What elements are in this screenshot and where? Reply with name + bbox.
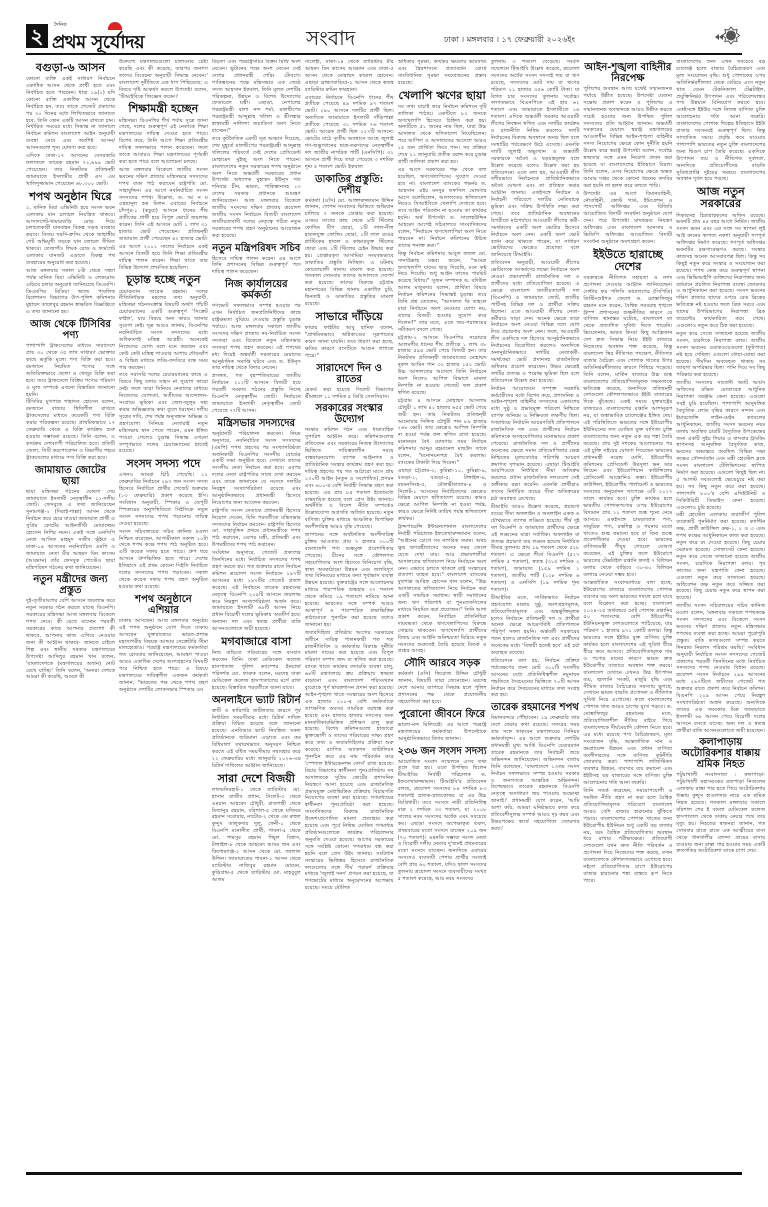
column-4: সালেহী, ঢাকা-১৪ থেকে ব্যারিস্টার মীর আহম… — [305, 59, 394, 1199]
article-text: পাশাপাশি ট্রাকসেলের মাধ্যমে সারাদেশে প্র… — [26, 343, 115, 398]
headline: তারেক রহমানের শপথ — [491, 702, 580, 713]
article-text: টিসিবির মুখপাত্র শাহাদত হোসেন বলেন, রমজা… — [26, 399, 115, 461]
article-text: জাতীয় সংসদ সচিবালয়ের সচিব কানিজ মওলা ব… — [676, 603, 765, 734]
headline: খেলাপি ঋণের ছায়া — [398, 90, 487, 102]
sun-ornament-icon — [714, 26, 740, 48]
column-2: উদ্দেশ্যে মন্ত্রণালয়গুলো চালানোর চেষ্টা… — [119, 59, 208, 1199]
article-text: আয়োজিত সংবাদ সম্মেলনে এসব তথ্য তুলে ধরা… — [398, 759, 487, 883]
article-text: প্রতিবেদন অনুযায়ী, আওয়ামী লীগের ভোটব্য… — [491, 260, 580, 384]
article-text: পুলিশের অবস্থান আজ যথেষ্ট সম্মানজনক পর্য… — [583, 86, 672, 190]
article-text: এছাড়া চট্টগ্রাম-৩, কুমিল্লা-১০, কুমিল্ল… — [398, 468, 487, 523]
article-text: হিসেবে দায়িত্ব পালন করেন। এর আগে তিনি প… — [212, 256, 301, 277]
article-text: তবে সরাসরি দলের চেয়ারম্যানের কাছে এ বিষ… — [119, 372, 208, 455]
article-text: নির্বাচন আয়োজনে সম্পৃক্ত সরকারি কর্মচার… — [491, 386, 580, 503]
article-text: টিআইবি আরও উল্লেখ করেছে, প্রচারণা ব্যয়ে… — [491, 504, 580, 594]
article-text: জাতীয় সংসদের সার্জেন্ট অ্যাট আর্মস অফিস… — [676, 380, 765, 511]
newspaper-page: ২ দৈনিক প্রথম সূর্যোদয় সংবাদ ঢাকা । মঙ্… — [26, 22, 742, 52]
headline: মন্ত্রিসভার সদস্যদের — [212, 418, 301, 429]
article-text: প্রসঙ্গত, গত বৃহস্পতিবারের জাতীয় নির্বা… — [212, 373, 301, 414]
article-text: ২, মানিক মিয়া এভিনিউ হয়ে সংসদ ভবন এলাক… — [26, 205, 115, 267]
article-text: চট্টগ্রাম ৪ আসনে মোহাম্মদ আসলাম চৌধুরী ১… — [398, 398, 487, 467]
article-text: শিকারসহ চিত্রগ্রাহকদের অফিস রয়েছে। ভবনট… — [676, 213, 765, 330]
article-text: নিজ বাড়িতে পরিবারের সঙ্গে বসবাস করতেন ত… — [212, 650, 301, 691]
headline: সারাদেশে দিন ও রাতের — [305, 363, 394, 385]
article-text: সংসদ সচিবালয়ের সচিব কানিজ মওলা নিশ্চিত … — [119, 529, 208, 591]
article-text: সব তথ্য যাচাই করে নির্বাচন কমিশনে দুটি ত… — [398, 104, 487, 166]
headline: ২৩৬ জন সংসদ সদস্য — [398, 746, 487, 757]
article-text: কর্মকর্তা (ওসি) ফিরোজ উদ্দিন চৌধুরী জানা… — [398, 671, 487, 706]
article-text: সংবিধান অনুসারে, গেজেট প্রকাশের তিনদিনের… — [212, 550, 301, 633]
headline: আজ নতুন সরকারের — [676, 186, 765, 210]
article-text: মন্ত্রিসভা। বিএনপির শীর্ষ পর্যায় সূত্রে… — [119, 118, 208, 166]
article-text: আজ মঙ্গলবার সকাল ৮টা থেকে সন্ধ্যা পর্যন্… — [26, 268, 115, 316]
column-5: অধিকার সুরক্ষা, কার্যকর ক্ষমতার ভারসাম্য… — [398, 59, 487, 1199]
article-text: জাপানের সঙ্গে অর্থনৈতিক অংশীদারিত্ব চুক্… — [305, 532, 394, 629]
dateline: ঢাকা । মঙ্গলবার । ১৭ ফেব্রুয়ারী ২০২৬ইং — [444, 34, 575, 47]
article-text: কোনো ব্যক্তি একই সাধারণ নির্বাচনে একাধিক… — [26, 76, 115, 152]
article-text: নতুন করে সেজে সাজানো হয়েছে জাতীয় সংসদ,… — [676, 331, 765, 379]
headline: শপথ অনুষ্ঠানে এশিয়ার — [119, 594, 208, 616]
article-text: ভালো-মন্দ মিলিয়েই। এর আগে পররাষ্ট্র মন্… — [398, 722, 487, 743]
headline: সারা দেশে বিজয়ী — [212, 773, 301, 785]
article-text: আজ মঙ্গলবার বিকেলে জাতীয় সংসদ ভবনের দক্… — [119, 167, 208, 243]
article-text: এখনও আমরা চিঠি পেয়েছি। ১২ ফেব্রুয়ারির … — [119, 472, 208, 527]
headline: ডাকাতির প্রস্তুতি: দেশীয় — [305, 174, 394, 196]
article-text: তবে কূটনৈতিক একটি সূত্র আভাস দিয়েছে, শে… — [212, 136, 301, 240]
column-8: বাংলাদেশের জন্য এখন সবচেয়ে বড় চ্যালেঞ্… — [676, 59, 765, 1199]
headline: সরকারের সংস্কার উদ্যোগ — [305, 403, 394, 425]
article-text: আন্তর্জাতিক সংবাদমাধ্যমে বলা হচ্ছে, ইউরো… — [583, 580, 672, 787]
masthead: ২ দৈনিক প্রথম সূর্যোদয় সংবাদ ঢাকা । মঙ্… — [26, 22, 742, 52]
article-text: জবাবদিহিতা প্রতিষ্ঠায় আগের সরকারের অধীন… — [305, 630, 394, 892]
headline: কলাপাড়ায় অটোরিকশার ধাক্কায় শ্রমিক নিহ… — [676, 737, 765, 770]
column-7: আইন-শৃঙ্খলা বাহিনীর নিরপেক্ষপুলিশের অবস্… — [583, 59, 672, 1199]
article-text: এবারের নির্বাচনে বিএনপি ধানের শীষ প্রতীক… — [305, 95, 394, 171]
article-text: উপদেষ্টা এর আগে বিমানবাহিনী, নৌবাহিনী, ক… — [583, 191, 672, 246]
article-text: মন্ত্রী হোস্টেল এলাকায় জরাজীর্ণ পুলিশ ব… — [676, 512, 765, 602]
article-text: টিআইবির মতে, সার্বিকভাবে নির্বাচন গ্রহণয… — [491, 595, 580, 657]
headline: সাভারে দাঁড়িয়ে — [305, 311, 394, 323]
article-text: সালেহী, ঢাকা-১৪ থেকে ব্যারিস্টার মীর আহম… — [305, 59, 394, 94]
article-text: ট্রান্সপারেন্সি ইন্টারন্যাশনাল বাংলাদেশে… — [398, 524, 487, 655]
headline: সৌদি আরবে সড়ক — [398, 658, 487, 669]
column-1: বগুড়া-৬ আসনকোনো ব্যক্তি একই সাধারণ নির্… — [26, 59, 115, 1199]
article-text: এর আগে সরকারের পক্ষ থেকে বলা হয়েছিল, ঋণ… — [398, 167, 487, 250]
article-text: সংস্কার কমিশন গঠন এবং ধারাবাহিক সুপারিশ … — [305, 427, 394, 531]
page-number: ২ — [26, 24, 48, 48]
headline: ইইউতে হারাচ্ছে দেশের — [583, 249, 672, 273]
article-text: রেকর্ড করা হয়েছে সিলেট বিভাগের শ্রীমঙ্গ… — [305, 387, 394, 401]
article-text: প্রতিবেদনে বলা হয়, নির্বাচন প্রক্রিয়া … — [491, 658, 580, 699]
headline: নিজ কার্যালয়ের কর্মকর্তা — [212, 279, 301, 301]
headline: জামায়াত জোটের ছায়া — [26, 465, 115, 487]
headline: নতুন মন্ত্রীদের জন্য প্রস্তুত — [26, 574, 115, 596]
article-text: এদিকে ঢাকা-১৭ আসনের বেসরকারি ফলাফলে তারে… — [26, 153, 115, 188]
article-text: এর আগে ২০০১ সালের নির্বাচনে একই আসনে বিজ… — [119, 244, 208, 272]
article-text: ছায়া মন্ত্রিসভা গঠনের ঘোষণা দেয় জামায়… — [26, 489, 115, 572]
headline: অনলাইনে ভ্যাট রিটার্ন — [212, 695, 301, 706]
article-text: অধিকার সুরক্ষা, কার্যকর ক্ষমতার ভারসাম্য… — [398, 59, 487, 87]
headline: চূড়ান্ত হচ্ছে নতুন — [119, 274, 208, 286]
footer-rule — [26, 1172, 742, 1175]
headline: শিক্ষামন্ত্রী হচ্ছেন — [119, 103, 208, 115]
article-text: তিনি সতর্ক করেছেন, সময়োপযোগী ও সমন্বিত … — [583, 788, 672, 885]
article-text: চট্টগ্রাম-২ আসনে বিএনপির সরোয়ার আলমগীর … — [398, 335, 487, 397]
article-columns: বগুড়া-৬ আসনকোনো ব্যক্তি একই সাধারণ নির্… — [26, 59, 742, 1199]
article-text: কর্মকর্তা (ওসি) মো. আক্তারুজ্জামান উদ্দি… — [305, 198, 394, 309]
article-text: দুই-তৃতীয়াংশের বেশি আসনে জয়লাভ করে নতু… — [26, 598, 115, 681]
article-text: ঢাকায় আসছেন। আজ মঙ্গলবার অনুষ্ঠেয় এই শ… — [119, 618, 208, 694]
headline: বগুড়া-৬ আসন — [26, 62, 115, 74]
article-text: ফায়ার ফাইটার আবু হানিফ বলেন, "প্রাথমিকভ… — [305, 325, 394, 360]
headline: সংসদ সদস্য পদে — [119, 458, 208, 470]
article-text: ত্রুটি ও কারিগরি জটিলতার কারণে পূর্ব নির… — [212, 708, 301, 770]
article-text: রাষ্ট্রপতি সংসদ নেতাকে প্রধানমন্ত্রী হিস… — [212, 508, 301, 549]
column-3: বিড়লা এবং পররাষ্ট্রসচিব বিক্রম মিস্রি অ… — [212, 59, 301, 1199]
article-text: বিমানবন্দরে পৌঁছাবেন। ১৯ ফেব্রুয়ারি তার… — [491, 715, 580, 832]
headline: নতুন মন্ত্রিপরিষদ সচিব — [212, 243, 301, 254]
article-text: পটুয়াখালী সংবাদদাতা : কলাপাড়া-পটুয়াখা… — [676, 772, 765, 855]
article-text: কিন্তু নির্বাচন কমিশনার আবুল ফজল মো. সান… — [398, 251, 487, 334]
headline: শপথ অনুষ্ঠান ঘিরে — [26, 191, 115, 203]
headline: আইন-শৃঙ্খলা বাহিনীর নিরপেক্ষ — [583, 62, 672, 84]
column-6: তুলনায় ৩ শতাংশ বেড়েছে। সংবাদ সম্মেলনে … — [491, 59, 580, 1199]
headline: আজ থেকে টিসিবির পণ্য — [26, 319, 115, 341]
article-text: বিড়লা এবং পররাষ্ট্রসচিব বিক্রম মিস্রি অ… — [212, 59, 301, 135]
article-text: উদ্দেশ্যে মন্ত্রণালয়গুলো চালানোর চেষ্টা… — [119, 59, 208, 100]
article-text: চেয়ারম্যান তারেক রহমান। দলের নীতিনির্ধা… — [119, 289, 208, 372]
article-text: তুলনায় ৩ শতাংশ বেড়েছে। সংবাদ সম্মেলনে … — [491, 59, 580, 259]
article-text: অনুষ্ঠানটি পরিচালনা করবেন। নিয়ম অনুসারে… — [212, 431, 301, 507]
headline: মগবাজারে বাসা — [212, 636, 301, 648]
article-text: বাংলাদেশের জন্য এখন সবচেয়ে বড় চ্যালেঞ্… — [676, 59, 765, 183]
headline: পুরোনো জীবনে ফিরে — [398, 709, 487, 720]
article-text: গণভোট সফলভাবে সম্পন্ন হওয়ার পর এখন নির্… — [212, 303, 301, 372]
article-text: সরকারকে নীতিগত সহায়তা ও নগদ প্রণোদনা দে… — [583, 275, 672, 579]
header-rule — [26, 53, 742, 55]
article-text: লালমনিরহাট-১ থেকে ব্যারিস্টার মো. হাসান … — [212, 787, 301, 884]
